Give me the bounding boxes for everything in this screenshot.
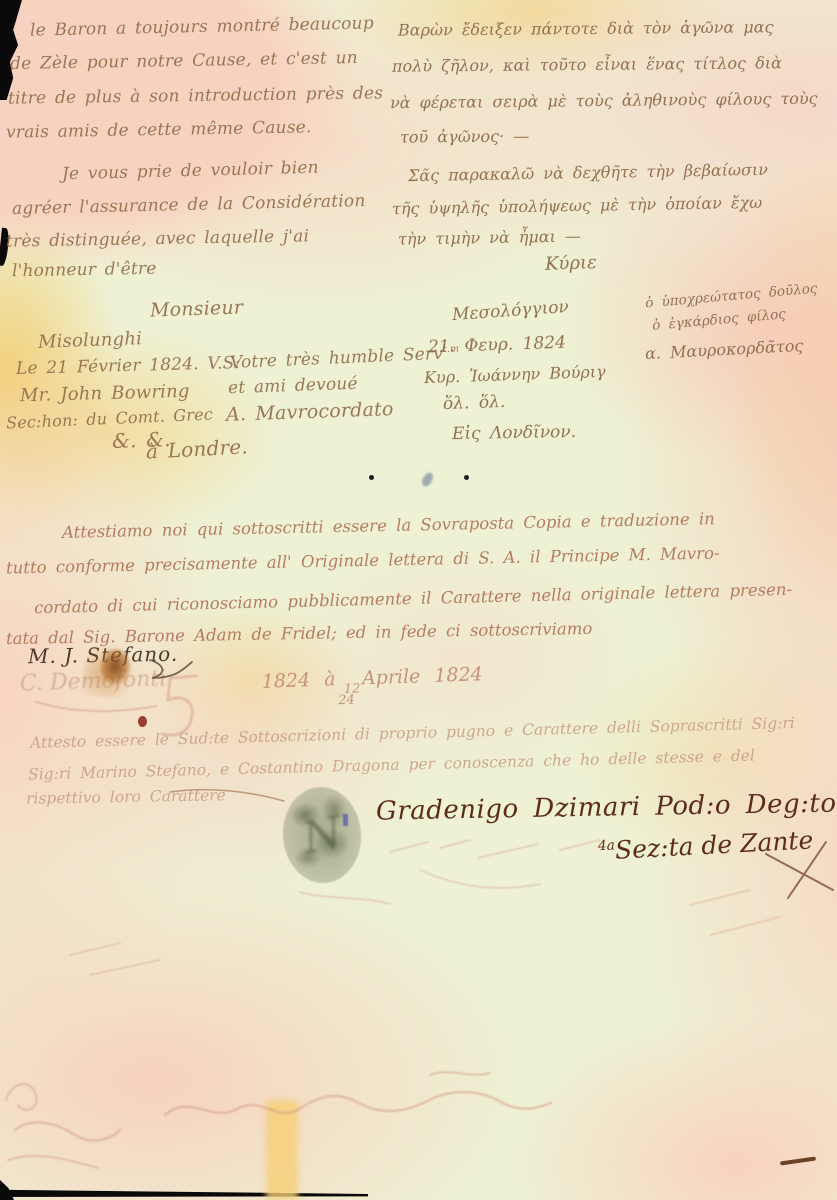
seal-monogram: N [298,806,346,864]
french-salutation: Monsieur [150,297,244,321]
greek-line: πολὺ ζῆλον, καὶ τοῦτο εἶναι ἕνας τίτλος … [392,54,782,75]
scan-edge-bottom-line [0,1189,368,1197]
greek-abbreviation-flourish: ὅλ. ὅλ. [443,393,506,414]
valediction-text: Votre très humble Serv [230,344,444,373]
mavrocordato-signature-french: A. Mavrocordato [226,399,394,426]
attestation-date: 1824 à1224Aprile 1824 [261,664,483,709]
addressee-name: Mr. John Bowring [20,382,190,406]
gradenigo-signature-superscript: 4a [597,837,615,854]
greek-vocative: Κύριε [545,253,597,275]
gradenigo-signature-text: Sez:ta de Zante [614,825,814,864]
torn-edge-top-left [0,0,22,100]
french-line: le Baron a toujours montré beaucoup [30,14,374,40]
attestation2-line: rispettivo loro Carattere [26,787,226,808]
ink-dash-right [780,1157,816,1166]
greek-line: τὴν τιμὴν νὰ ἦμαι — [398,227,581,248]
attestation-date-suffix: Aprile 1824 [362,663,483,689]
letter-place: Misolunghi [38,329,143,352]
french-line: l'honneur d'être [12,260,157,281]
greek-line: Σᾶς παρακαλῶ νὰ δεχθῆτε τὴν βεβαίωσιν [408,161,768,185]
document-page: le Baron a toujours montré beaucoup de Z… [0,0,837,1200]
ink-spot-red [138,716,147,727]
attestation-line: cordato di cui riconosciamo pubblicament… [34,581,792,618]
greek-addressee: Κυρ. Ἰωάννην Βούριγ [424,363,606,387]
mavrocordato-signature-greek: α. Μαυροκορδᾶτος [645,337,804,363]
tan-stripe-bottom [266,1100,298,1200]
demofonti-signature: C. Demofonti [20,667,167,696]
separator-dot [369,475,374,480]
french-line: vrais amis de cette même Cause. [6,118,312,142]
greek-line: τῆς ὑψηλῆς ὑπολήψεως μὲ τὴν ὁποίαν ἔχω [392,194,763,218]
french-line: très distinguée, avec laquelle j'ai [6,227,309,251]
addressee-city: à Londre. [145,435,248,462]
greek-signature-line: ὁ ἐγκάρδιος φίλος [652,307,787,333]
greek-date: 21. Φευρ. 1824 [428,334,566,357]
attestation-line: tutto conforme precisamente all' Origina… [6,545,720,578]
greek-signature-line: ὁ ὑποχρεώτατος δοῦλος [645,282,818,312]
official-seal: N [280,784,365,885]
dual-style-date: 1224 [341,684,358,707]
french-line: Je vous prie de vouloir bien [62,159,319,184]
attestation2-line: Sig:ri Marino Stefano, e Costantino Drag… [28,747,755,783]
attestation-line: Attestiamo noi qui sottoscritti essere l… [62,510,715,542]
date-new-style: 24 [338,695,355,707]
addressee-title: Sec:hon: du Comt. Grec [6,405,214,432]
greek-line: Βαρὼν ἔδειξεν πάντοτε διὰ τὸν ἀγῶνα μας [398,18,774,39]
letter-date: Le 21 Février 1824. V.S: [16,354,241,379]
french-line: agréer l'assurance de la Considération [12,192,366,219]
french-line: de Zèle pour notre Cause, et c'est un [10,49,358,74]
gradenigo-signature-line1: Gradenigo Dzimari Pod:o Deg:to alla [376,788,837,826]
bleedthrough-scribble-line [6,1072,551,1168]
gradenigo-signature-line2: 4aSez:ta de Zante [597,826,813,865]
separator-dot [464,475,469,480]
valediction-line: et ami devoué [228,375,358,398]
ink-smudge-blue [420,471,435,488]
greek-city: Εἰς Λονδῖνον. [452,423,576,444]
french-line: titre de plus à son introduction près de… [8,84,383,108]
stefano-signature: M. J. Stefano. [28,643,179,668]
attestation2-line: Attesto essere le Sud:te Sottoscrizioni … [30,715,795,752]
greek-line: τοῦ ἀγῶνος· — [400,127,529,146]
attestation-date-prefix: 1824 à [261,668,335,693]
greek-line: νὰ φέρεται σειρὰ μὲ τοὺς ἀληθινοὺς φίλου… [390,90,818,112]
greek-place: Μεσολόγγιον [451,298,569,325]
